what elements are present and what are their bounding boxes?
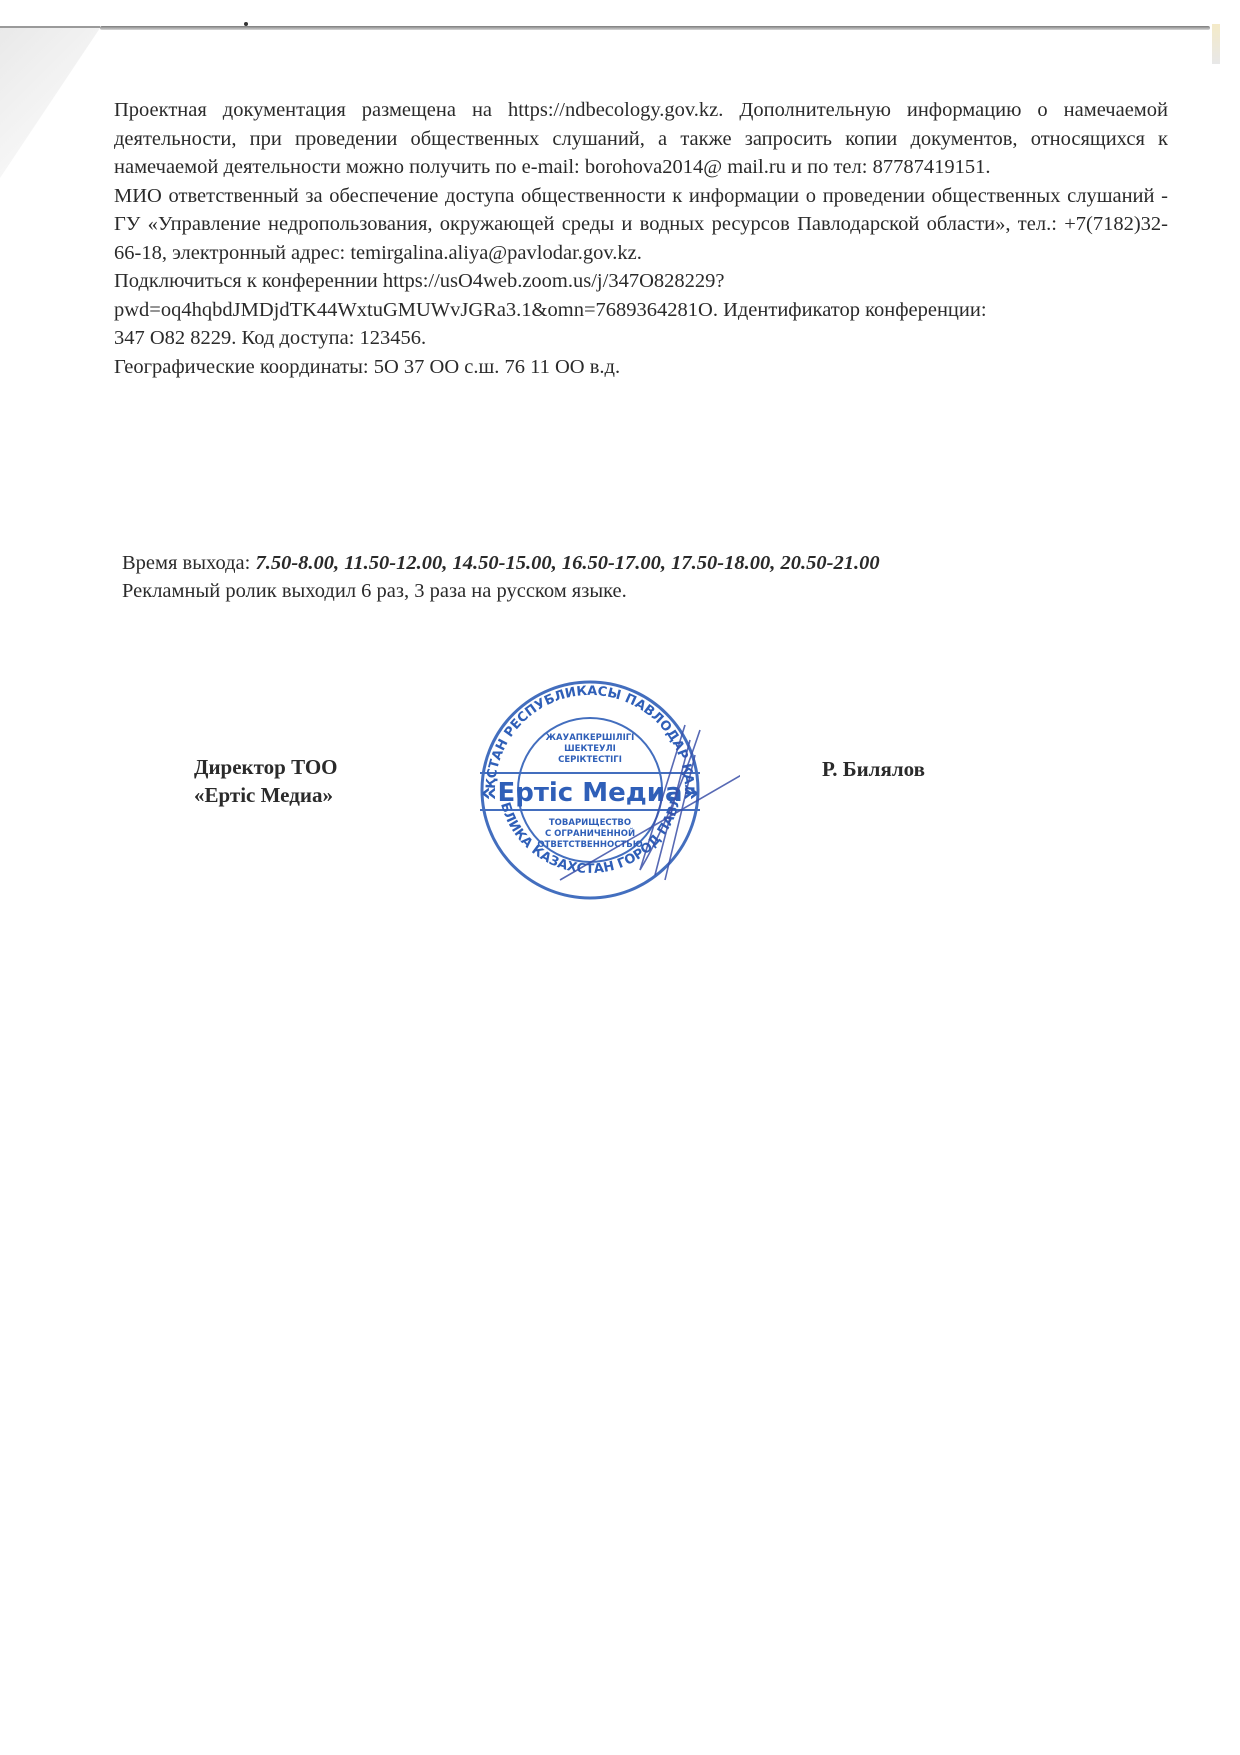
svg-text:С ОГРАНИЧЕННОЙ: С ОГРАНИЧЕННОЙ xyxy=(545,827,635,839)
page-fold-corner xyxy=(0,28,100,178)
coordinates-line: Географические координаты: 5O 37 OO с.ш.… xyxy=(114,353,1168,382)
paragraph-mio-responsible: МИО ответственный за обеспечение доступа… xyxy=(114,182,1168,268)
company-stamp-icon: ҚАЗАҚСТАН РЕСПУБЛИКАСЫ ПАВЛОДАР ҚАЛАСЫ Р… xyxy=(440,670,740,900)
schedule-note: Рекламный ролик выходил 6 раз, 3 раза на… xyxy=(122,577,1182,605)
scan-edge-left xyxy=(0,26,100,28)
signatory-position: Директор ТОО «Ертіс Медиа» xyxy=(194,753,338,809)
broadcast-schedule: Время выхода: 7.50-8.00, 11.50-12.00, 14… xyxy=(122,549,1182,605)
schedule-label: Время выхода: xyxy=(122,552,255,574)
svg-text:ЖАУАПКЕРШІЛІГІ: ЖАУАПКЕРШІЛІГІ xyxy=(546,733,635,743)
schedule-times-line: Время выхода: 7.50-8.00, 11.50-12.00, 14… xyxy=(122,549,1182,577)
company-name: «Ертіс Медиа» xyxy=(194,781,338,809)
paragraph-project-docs: Проектная документация размещена на http… xyxy=(114,96,1168,182)
schedule-times: 7.50-8.00, 11.50-12.00, 14.50-15.00, 16.… xyxy=(255,552,879,574)
svg-text:СЕРІКТЕСТІГІ: СЕРІКТЕСТІГІ xyxy=(558,755,622,765)
scan-top-edge xyxy=(100,26,1210,30)
conference-id-line: 347 O82 8229. Код доступа: 123456. xyxy=(114,324,1168,353)
conference-pwd-line: pwd=oq4hqbdJMDjdTK44WxtuGMUWvJGRa3.1&omn… xyxy=(114,296,1168,325)
svg-text:ТОВАРИЩЕСТВО: ТОВАРИЩЕСТВО xyxy=(549,818,631,828)
scan-right-edge xyxy=(1212,24,1220,64)
document-body: Проектная документация размещена на http… xyxy=(114,96,1168,381)
scan-mark xyxy=(244,22,248,26)
position-title: Директор ТОО xyxy=(194,753,338,781)
signatory-name: Р. Билялов xyxy=(822,755,925,783)
svg-text:ШЕКТЕУЛІ: ШЕКТЕУЛІ xyxy=(564,744,616,754)
conference-link-line: Подключиться к конференнии https://usO4w… xyxy=(114,267,1168,296)
